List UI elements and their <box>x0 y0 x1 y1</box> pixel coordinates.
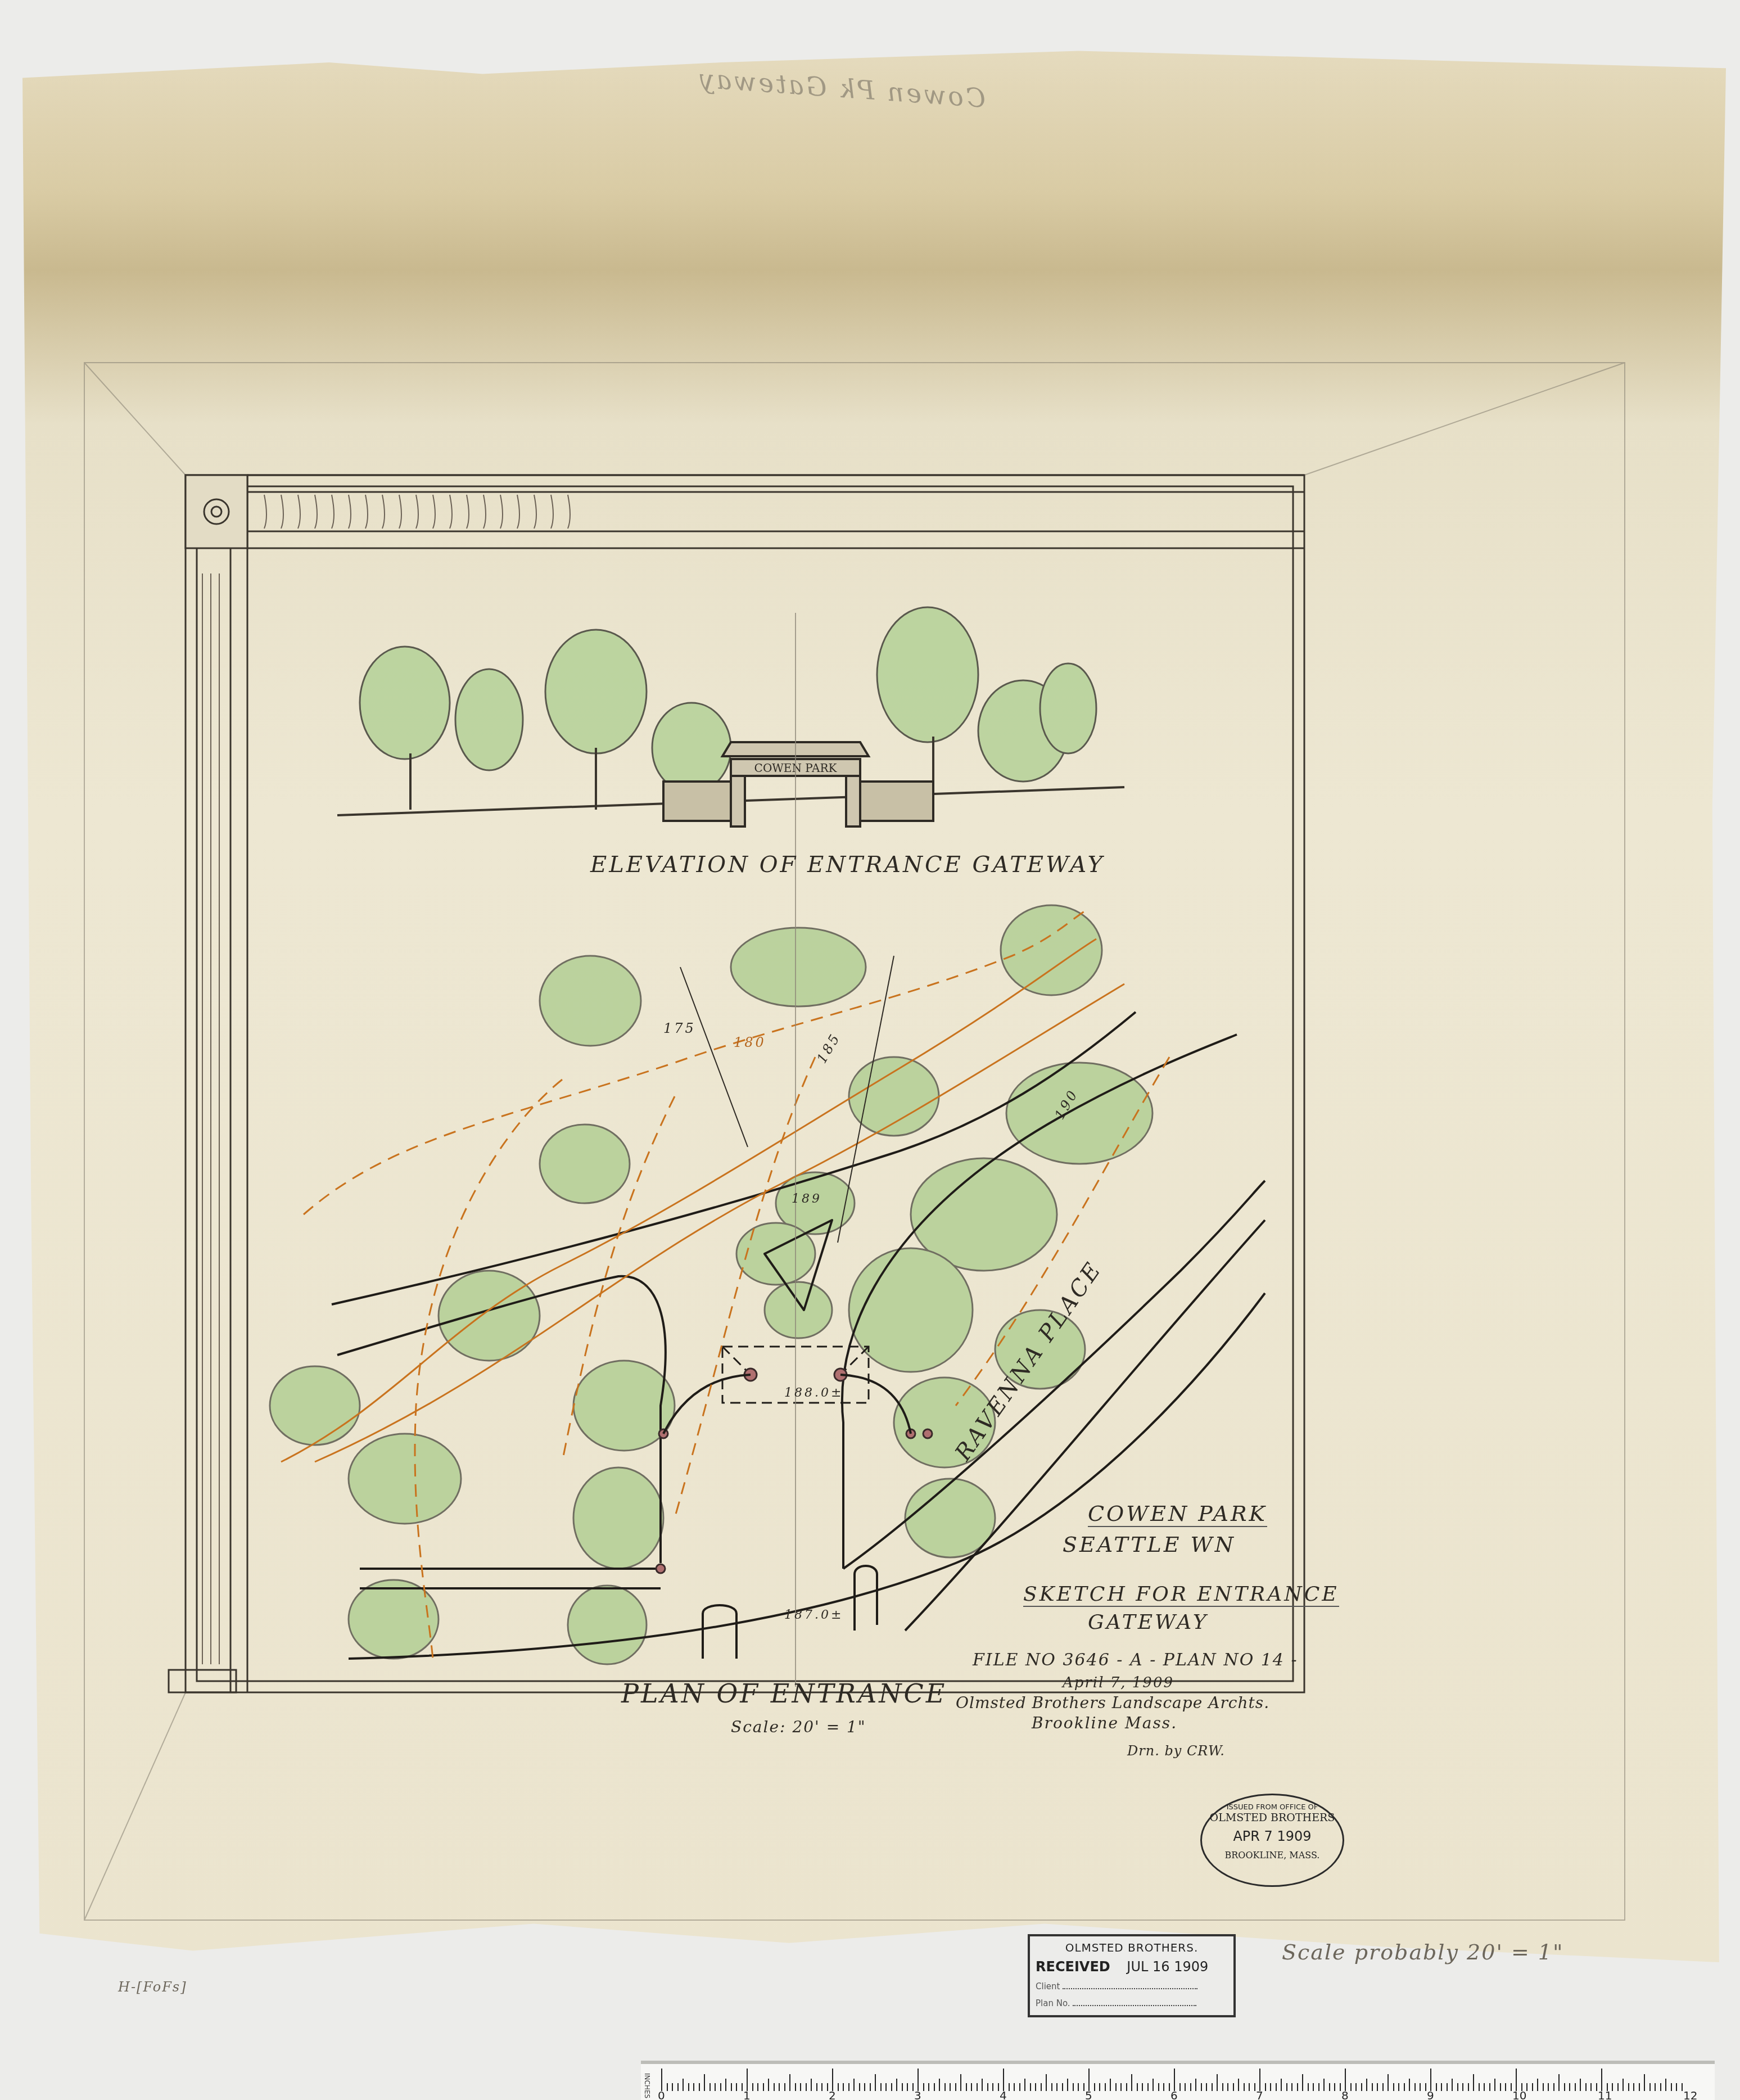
plan-number-label: Plan No. <box>1036 1998 1070 2008</box>
ruler-tick <box>1452 2079 1453 2091</box>
title-file-number: FILE NO 3646 - A - PLAN NO 14 - <box>973 1650 1298 1670</box>
ruler-tick <box>998 2083 999 2091</box>
ruler-tick <box>1655 2083 1656 2091</box>
ruler-tick <box>1041 2083 1042 2091</box>
title-subject-1: SKETCH FOR ENTRANCE <box>1023 1583 1339 1607</box>
ruler-tick <box>1612 2083 1613 2091</box>
ruler-tick <box>1153 2079 1154 2091</box>
ruler-tick <box>1436 2083 1437 2091</box>
ruler-tick <box>987 2083 988 2091</box>
ruler-tick <box>677 2083 679 2091</box>
ruler-tick <box>1030 2083 1031 2091</box>
elevation-trees <box>360 607 1096 793</box>
ruler-tick <box>1682 2083 1683 2091</box>
ruler-unit: INCHES <box>643 2073 651 2098</box>
ruler-tick <box>1259 2069 1260 2091</box>
title-project: COWEN PARK <box>1088 1501 1267 1527</box>
ruler-tick <box>1281 2079 1282 2091</box>
ruler-tick <box>821 2083 822 2091</box>
ruler-tick <box>1003 2069 1004 2091</box>
ruler-number: 12 <box>1683 2089 1697 2100</box>
ruler-tick <box>1024 2079 1025 2091</box>
ruler-tick <box>1494 2079 1495 2091</box>
ruler-tick <box>1056 2083 1057 2091</box>
ruler-tick <box>1601 2069 1602 2091</box>
ruler-tick <box>1617 2083 1619 2091</box>
ruler-tick <box>1286 2083 1287 2091</box>
ruler-tick <box>1078 2083 1079 2091</box>
ruler-tick <box>1580 2079 1581 2091</box>
ruler-tick <box>1083 2083 1084 2091</box>
ruler-tick <box>1382 2083 1384 2091</box>
ruler-tick <box>1206 2083 1207 2091</box>
ruler-tick <box>1126 2083 1127 2091</box>
ruler-tick <box>1345 2069 1346 2091</box>
ruler-tick <box>709 2083 711 2091</box>
ruler-tick <box>1131 2074 1132 2091</box>
ruler-tick <box>800 2083 801 2091</box>
ruler-tick <box>966 2083 967 2091</box>
received-label: RECEIVED <box>1036 1959 1110 1975</box>
ruler-tick <box>1099 2083 1100 2091</box>
ruler-tick <box>1195 2079 1196 2091</box>
measurement-ruler: INCHES 0123456789101112 <box>641 2061 1715 2100</box>
ruler-tick <box>923 2083 924 2091</box>
ruler-tick <box>1297 2083 1298 2091</box>
ruler-tick <box>1564 2083 1565 2091</box>
ruler-tick <box>1238 2079 1239 2091</box>
ruler-tick <box>1372 2083 1373 2091</box>
ruler-tick <box>1425 2083 1426 2091</box>
ruler-tick <box>838 2083 839 2091</box>
ruler-tick <box>1516 2069 1517 2091</box>
ruler-tick <box>1035 2083 1036 2091</box>
ruler-tick <box>1468 2083 1469 2091</box>
ruler-tick <box>1521 2083 1522 2091</box>
ruler-tick <box>1158 2083 1159 2091</box>
ruler-tick <box>1462 2083 1463 2091</box>
ruler-tick <box>977 2083 978 2091</box>
ruler-tick <box>1355 2083 1357 2091</box>
ruler-tick <box>1302 2074 1303 2091</box>
ruler-tick <box>1110 2079 1111 2091</box>
ruler-tick <box>1623 2079 1624 2091</box>
ruler-tick <box>1505 2083 1506 2091</box>
ruler-tick <box>955 2083 956 2091</box>
ruler-tick <box>774 2083 775 2091</box>
ruler-tick <box>1227 2083 1228 2091</box>
ruler-tick <box>1190 2083 1191 2091</box>
ruler-tick <box>902 2083 903 2091</box>
ruler-tick <box>816 2083 817 2091</box>
spot-elevation-188: 188.0± <box>784 1386 843 1400</box>
ruler-tick <box>1377 2083 1378 2091</box>
ruler-tick <box>832 2069 833 2091</box>
ruler-tick <box>864 2083 865 2091</box>
ruler-tick <box>853 2079 855 2091</box>
ruler-tick <box>1633 2083 1634 2091</box>
ruler-tick <box>1201 2083 1202 2091</box>
ruler-tick <box>672 2083 673 2091</box>
ruler-tick <box>1585 2083 1587 2091</box>
ruler-tick <box>1489 2083 1490 2091</box>
ruler-tick <box>1222 2083 1223 2091</box>
issued-stamp-name: OLMSTED BROTHERS <box>1202 1812 1343 1824</box>
ruler-tick <box>1607 2083 1608 2091</box>
issued-stamp-bottom: BROOKLINE, MASS. <box>1202 1850 1343 1860</box>
ruler-tick <box>1398 2083 1399 2091</box>
ruler-tick <box>1249 2083 1250 2091</box>
ruler-tick <box>784 2083 785 2091</box>
ruler-tick <box>944 2083 946 2091</box>
ruler-tick <box>1169 2083 1170 2091</box>
ruler-tick <box>688 2083 689 2091</box>
ruler-tick <box>1334 2083 1335 2091</box>
ruler-tick <box>1014 2083 1015 2091</box>
ruler-tick <box>1340 2083 1341 2091</box>
ruler-tick <box>1120 2083 1122 2091</box>
ruler-tick <box>1473 2074 1474 2091</box>
ruler-tick <box>720 2083 721 2091</box>
ruler-tick <box>1046 2074 1047 2091</box>
ruler-tick <box>1051 2083 1052 2091</box>
ruler-tick <box>1628 2083 1629 2091</box>
ruler-tick <box>880 2083 882 2091</box>
ruler-tick <box>704 2074 705 2091</box>
ruler-tick <box>1639 2083 1640 2091</box>
ruler-tick <box>1388 2074 1389 2091</box>
contour-label-180: 180 <box>734 1035 766 1050</box>
ruler-tick <box>768 2079 769 2091</box>
ruler-tick <box>699 2083 700 2091</box>
ruler-tick <box>742 2083 743 2091</box>
ruler-tick <box>1073 2083 1074 2091</box>
ruler-tick <box>1019 2083 1020 2091</box>
ruler-tick <box>795 2083 796 2091</box>
ruler-tick <box>1105 2083 1106 2091</box>
ruler-tick <box>725 2079 726 2091</box>
ruler-tick <box>1366 2079 1367 2091</box>
ruler-tick <box>1323 2079 1325 2091</box>
client-field-line <box>1063 1980 1197 1989</box>
ruler-tick <box>1484 2083 1485 2091</box>
ruler-tick <box>1291 2083 1292 2091</box>
client-label: Client <box>1036 1981 1060 1991</box>
ruler-tick <box>1500 2083 1501 2091</box>
ruler-tick <box>1511 2083 1512 2091</box>
ruler-tick <box>1233 2083 1234 2091</box>
ruler-tick <box>982 2079 983 2091</box>
title-drawn-by: Drn. by CRW. <box>1127 1743 1225 1759</box>
ruler-tick <box>928 2083 929 2091</box>
ruler-tick <box>843 2083 844 2091</box>
ruler-tick <box>891 2083 892 2091</box>
ruler-tick <box>1441 2083 1442 2091</box>
issued-stamp-date: APR 7 1909 <box>1202 1828 1343 1844</box>
ruler-tick <box>779 2083 780 2091</box>
ruler-tick <box>859 2083 860 2091</box>
ruler-tick <box>1270 2083 1271 2091</box>
ruler-tick <box>1212 2083 1213 2091</box>
ruler-tick <box>1147 2083 1149 2091</box>
ruler-tick <box>1276 2083 1277 2091</box>
ruler-tick <box>912 2083 914 2091</box>
title-city: Brookline Mass. <box>1032 1714 1177 1732</box>
ruler-tick <box>806 2083 807 2091</box>
ruler-tick <box>907 2083 908 2091</box>
received-stamp: OLMSTED BROTHERS. RECEIVED JUL 16 1909 C… <box>1028 1934 1236 2017</box>
ruler-number: 10 <box>1512 2089 1526 2100</box>
ruler-tick <box>1137 2083 1138 2091</box>
ruler-tick <box>1575 2083 1576 2091</box>
ruler-tick <box>1644 2074 1645 2091</box>
ruler-tick <box>1393 2083 1394 2091</box>
title-subject-2: GATEWAY <box>1088 1611 1209 1634</box>
ruler-tick <box>1217 2074 1218 2091</box>
ruler-tick <box>918 2069 919 2091</box>
ruler-tick <box>1558 2074 1560 2091</box>
ruler-tick <box>1163 2083 1164 2091</box>
ruler-tick <box>811 2079 812 2091</box>
ruler-tick <box>1318 2083 1319 2091</box>
ruler-tick <box>752 2083 753 2091</box>
ruler-tick <box>1676 2083 1677 2091</box>
ruler-tick <box>1088 2069 1090 2091</box>
ruler-tick <box>1660 2083 1661 2091</box>
plan-title: PLAN OF ENTRANCE <box>621 1678 947 1709</box>
ruler-tick <box>827 2083 828 2091</box>
ruler-tick <box>1185 2083 1186 2091</box>
ruler-tick <box>971 2083 972 2091</box>
spot-elevation-189: 189 <box>792 1192 822 1206</box>
ruler-tick <box>1553 2083 1554 2091</box>
ruler-tick <box>747 2069 748 2091</box>
ruler-tick <box>1420 2083 1421 2091</box>
ruler-tick <box>667 2083 668 2091</box>
ruler-tick <box>1094 2083 1095 2091</box>
ruler-number: 11 <box>1598 2089 1612 2100</box>
ruler-tick <box>736 2083 737 2091</box>
ruler-tick <box>1062 2083 1063 2091</box>
ruler-tick <box>896 2079 897 2091</box>
ruler-tick <box>1596 2083 1597 2091</box>
ruler-tick <box>1067 2079 1068 2091</box>
ruler-tick <box>1254 2083 1255 2091</box>
ruler-tick <box>1537 2079 1538 2091</box>
ruler-tick <box>870 2083 871 2091</box>
ruler-tick <box>1532 2083 1533 2091</box>
ruler-tick <box>789 2074 790 2091</box>
title-date: April 7, 1909 <box>1063 1674 1174 1691</box>
ruler-tick <box>1479 2083 1480 2091</box>
ruler-tick <box>939 2079 940 2091</box>
issued-stamp: ISSUED FROM OFFICE OF OLMSTED BROTHERS A… <box>1200 1794 1344 1887</box>
ruler-tick <box>693 2083 694 2091</box>
ruler-tick <box>757 2083 758 2091</box>
ruler-tick <box>1526 2083 1527 2091</box>
ruler-tick <box>1430 2069 1431 2091</box>
ruler-tick <box>1350 2083 1352 2091</box>
title-firm: Olmsted Brothers Landscape Archts. <box>956 1693 1269 1712</box>
plan-scale: Scale: 20' = 1" <box>731 1718 866 1736</box>
ruler-tick <box>992 2083 993 2091</box>
ruler-tick <box>1265 2083 1266 2091</box>
ruler-tick <box>1447 2083 1448 2091</box>
ruler-tick <box>934 2083 935 2091</box>
ruler-tick <box>1409 2079 1410 2091</box>
drawing-linework: COWEN PARK <box>0 0 1740 2100</box>
contour-label-175: 175 <box>663 1020 696 1036</box>
ruler-tick <box>1548 2083 1549 2091</box>
ruler-tick <box>1457 2083 1458 2091</box>
ruler-tick <box>1329 2083 1330 2091</box>
ruler-tick <box>885 2083 887 2091</box>
scale-note: Scale probably 20' = 1" <box>1282 1940 1564 1964</box>
ruler-tick <box>1569 2083 1570 2091</box>
ruler-tick <box>1308 2083 1309 2091</box>
ruler-tick <box>763 2083 764 2091</box>
ruler-tick <box>1115 2083 1117 2091</box>
ruler-tick <box>1671 2083 1672 2091</box>
spot-elevation-187: 187.0± <box>784 1608 843 1622</box>
received-stamp-header: OLMSTED BROTHERS. <box>1036 1941 1228 1954</box>
ruler-tick <box>1414 2083 1416 2091</box>
ruler-tick <box>875 2074 876 2091</box>
plan-number-field-line <box>1073 1997 1196 2006</box>
ruler-tick <box>683 2079 684 2091</box>
ruler-tick <box>1590 2083 1592 2091</box>
ruler-tick <box>950 2083 951 2091</box>
ruler-tick <box>1174 2069 1175 2091</box>
title-location: SEATTLE WN <box>1063 1532 1236 1557</box>
ruler-tick <box>1313 2083 1314 2091</box>
ruler-tick <box>1009 2083 1010 2091</box>
ruler-tick <box>1244 2083 1245 2091</box>
ruler-tick <box>1142 2083 1143 2091</box>
ruler-tick <box>848 2083 849 2091</box>
plan-trees <box>270 905 1153 1664</box>
ruler-tick <box>1543 2083 1544 2091</box>
ruler-tick <box>1361 2083 1362 2091</box>
issued-stamp-top: ISSUED FROM OFFICE OF <box>1202 1803 1343 1812</box>
ruler-tick <box>960 2074 961 2091</box>
ruler-tick <box>1179 2083 1181 2091</box>
ruler-tick <box>1649 2083 1651 2091</box>
elevation-title: ELEVATION OF ENTRANCE GATEWAY <box>590 852 1105 878</box>
ruler-tick <box>1665 2079 1666 2091</box>
ruler-tick <box>731 2083 732 2091</box>
catalog-mark: H-[FoFs] <box>118 1979 187 1995</box>
received-date: JUL 16 1909 <box>1127 1959 1208 1975</box>
ruler-tick <box>1404 2083 1405 2091</box>
ruler-tick <box>661 2069 662 2091</box>
ruler-tick <box>715 2083 716 2091</box>
